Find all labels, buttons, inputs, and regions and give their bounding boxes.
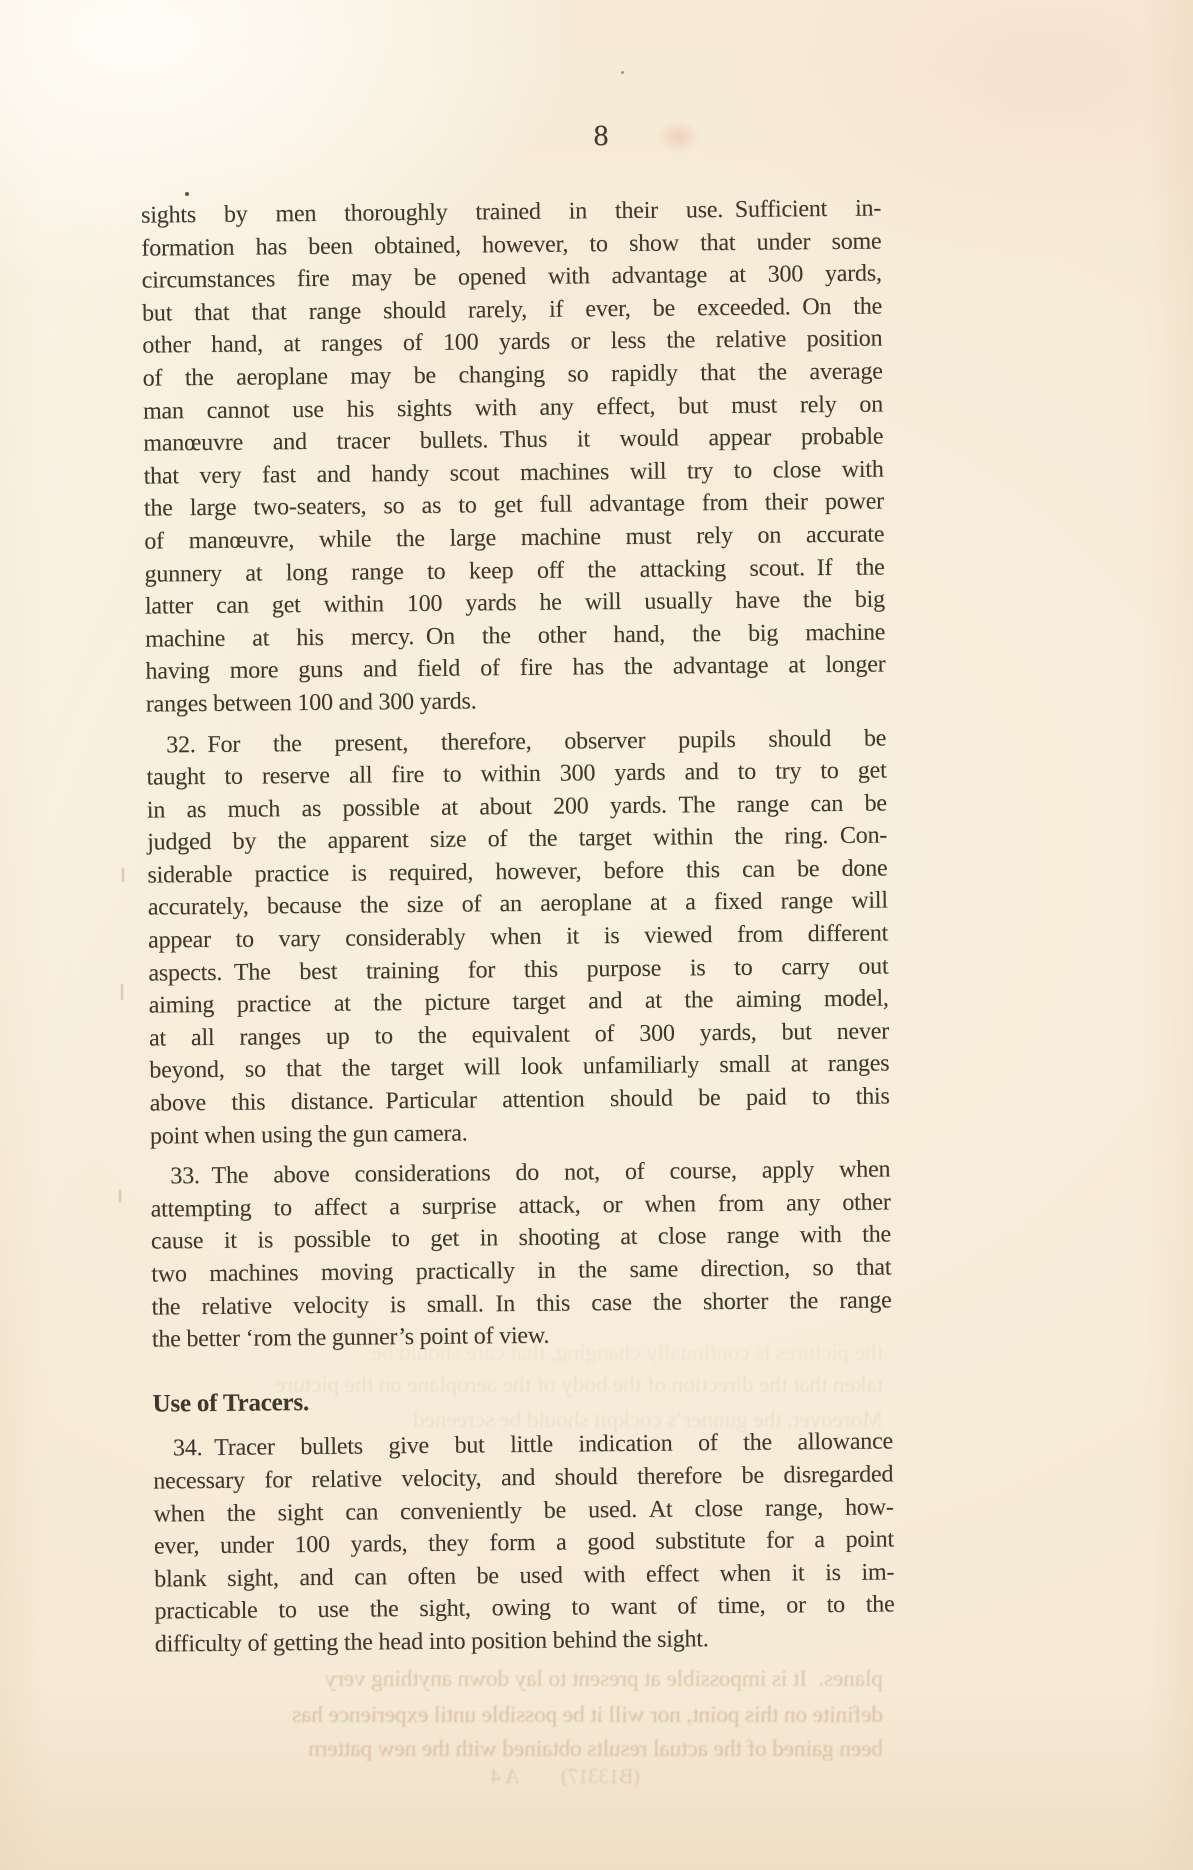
text-column: sights by men thoroughly trained in thei…	[141, 192, 895, 1669]
section-heading-text: Use of Tracers.	[152, 1381, 892, 1421]
show-through-line: definite on this point, nor will it be p…	[148, 1702, 883, 1729]
section-heading-use-of-tracers: Use of Tracers.	[152, 1381, 892, 1421]
show-through-line: (B13317) A 4	[400, 1764, 640, 1789]
paper-fiber-mark	[119, 1190, 121, 1202]
show-through-line: planes. It is impossible at present to l…	[148, 1666, 883, 1693]
paper-fiber-mark	[122, 868, 124, 882]
ink-speck	[621, 71, 624, 74]
paragraph-33: 33. The above considerations do not, of …	[150, 1154, 892, 1357]
paper-fiber-mark	[121, 984, 123, 1000]
text-line: the better ‘rom the gunner’s point of vi…	[152, 1317, 892, 1357]
show-through-line: been gained of the actual results obtain…	[148, 1736, 883, 1763]
ink-speck	[185, 192, 189, 196]
paragraph-32: 32. For the present, therefore, observer…	[146, 722, 890, 1153]
paragraph-34: 34. Tracer bullets give but little indic…	[153, 1426, 895, 1661]
page-number: 8	[581, 120, 621, 152]
text-line: ranges between 100 and 300 yards.	[146, 681, 886, 721]
paragraph-31-continuation: sights by men thoroughly trained in thei…	[141, 192, 886, 721]
paper-stain	[656, 120, 700, 154]
text-line: difficulty of getting the head into posi…	[155, 1621, 895, 1661]
scanned-page: 8 sights by men thoroughly trained in th…	[0, 0, 1193, 1870]
text-line: point when using the gun camera.	[150, 1113, 890, 1153]
